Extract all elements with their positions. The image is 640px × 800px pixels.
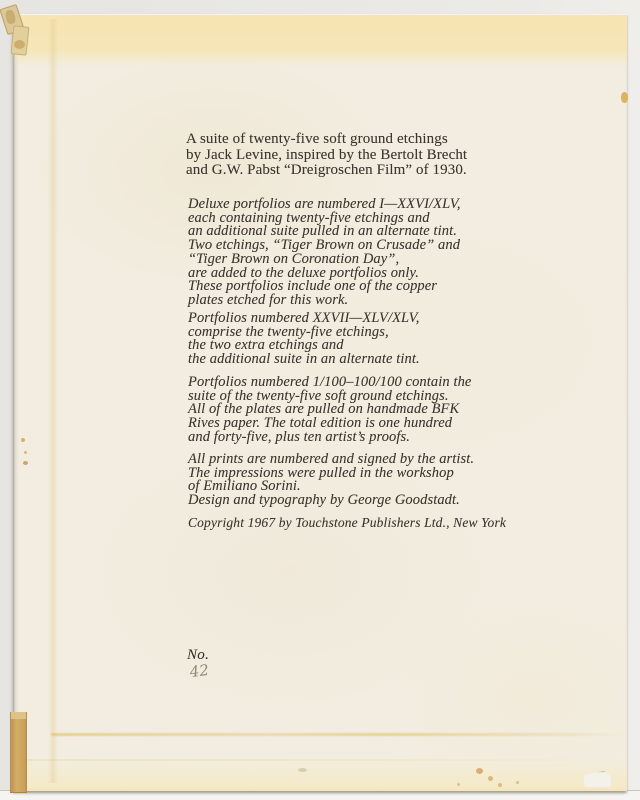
adhesive-stain xyxy=(14,40,25,49)
smudge-mark xyxy=(298,768,307,772)
foxing-spot xyxy=(488,776,493,781)
scanner-bed-strip xyxy=(0,790,640,800)
paragraph-numbered-portfolios: Portfolios numbered XXVII—XLV/XLV, compr… xyxy=(188,312,420,367)
fold-streak-left xyxy=(48,19,58,783)
toning-band-bottom xyxy=(15,757,627,791)
paragraph-edition-details: Portfolios numbered 1/100–100/100 contai… xyxy=(188,376,471,445)
paragraph-deluxe-portfolios: Deluxe portfolios are numbered I—XXVI/XL… xyxy=(188,198,461,308)
edition-number-handwritten: 42 xyxy=(189,661,210,681)
foxing-spot xyxy=(457,783,460,786)
copyright-line: Copyright 1967 by Touchstone Publishers … xyxy=(188,515,506,530)
foxing-spot xyxy=(516,781,519,784)
mat-stain-line-faint xyxy=(15,759,627,761)
edition-number-line: No. 42 xyxy=(187,630,209,683)
tan-edge-strip-highlight xyxy=(11,712,26,719)
foxing-spot xyxy=(498,783,502,787)
foxing-spot-right-edge xyxy=(621,92,628,103)
foxing-spot xyxy=(21,438,25,442)
mat-stain-line xyxy=(51,733,627,736)
paper-sheet: A suite of twenty-five soft ground etchi… xyxy=(14,14,627,791)
foxing-spot xyxy=(23,461,28,465)
paragraph-credits: All prints are numbered and signed by th… xyxy=(188,453,474,508)
toning-band-top xyxy=(15,15,627,67)
foxing-spot xyxy=(476,768,483,774)
colophon-heading: A suite of twenty-five soft ground etchi… xyxy=(186,132,467,179)
scanned-colophon-page: A suite of twenty-five soft ground etchi… xyxy=(0,0,640,800)
tan-edge-strip-bottom-left xyxy=(10,712,27,793)
foxing-spot xyxy=(24,451,27,454)
